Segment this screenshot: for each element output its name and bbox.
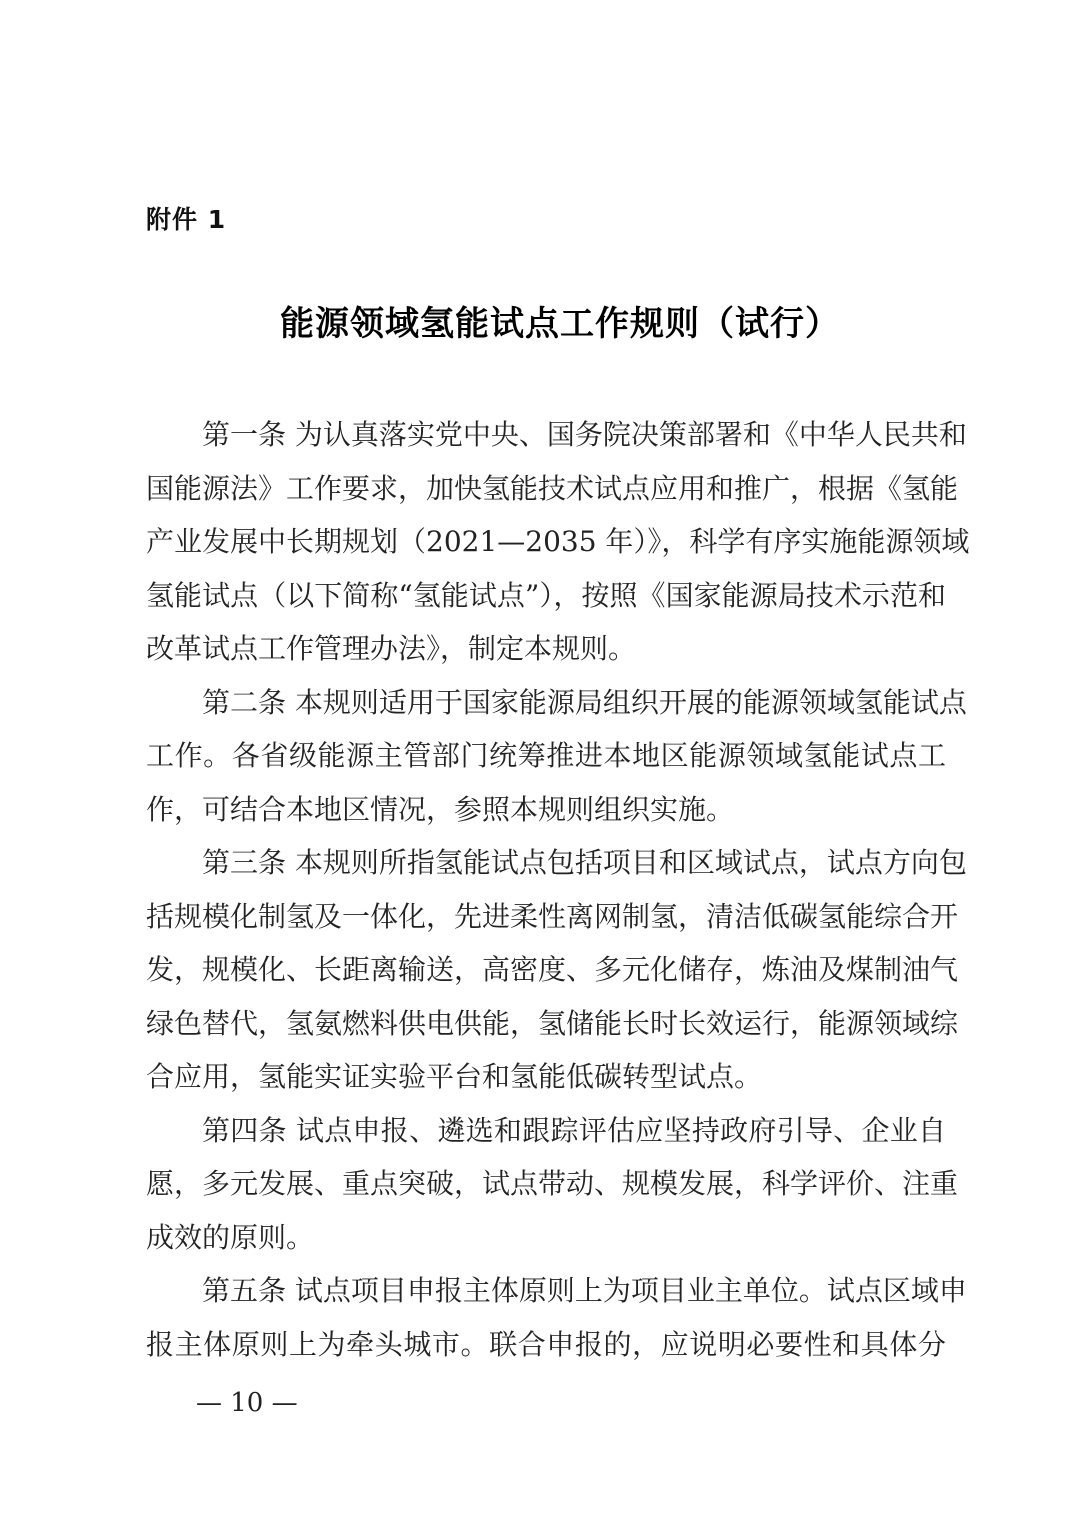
document-title: 能源领域氢能试点工作规则（试行） — [0, 296, 1080, 345]
article-line: 报主体原则上为牵头城市。联合申报的，应说明必要性和具体分 — [146, 1318, 946, 1372]
article-5: 第五条 试点项目申报主体原则上为项目业主单位。试点区域申 报主体原则上为牵头城市… — [146, 1264, 946, 1371]
article-line: 第一条 为认真落实党中央、国务院决策部署和《中华人民共和 — [146, 408, 946, 462]
attachment-label: 附件 1 — [146, 200, 226, 236]
article-line: 作，可结合本地区情况，参照本规则组织实施。 — [146, 783, 946, 837]
article-line: 国能源法》工作要求，加快氢能技术试点应用和推广，根据《氢能 — [146, 462, 946, 516]
article-line: 发，规模化、长距离输送，高密度、多元化储存，炼油及煤制油气 — [146, 943, 946, 997]
article-line: 工作。各省级能源主管部门统筹推进本地区能源领域氢能试点工 — [146, 729, 946, 783]
article-3: 第三条 本规则所指氢能试点包括项目和区域试点，试点方向包 括规模化制氢及一体化，… — [146, 836, 946, 1104]
document-body: 第一条 为认真落实党中央、国务院决策部署和《中华人民共和 国能源法》工作要求，加… — [146, 408, 946, 1371]
article-line: 愿，多元发展、重点突破，试点带动、规模发展，科学评价、注重 — [146, 1157, 946, 1211]
article-line: 第三条 本规则所指氢能试点包括项目和区域试点，试点方向包 — [146, 836, 946, 890]
article-2: 第二条 本规则适用于国家能源局组织开展的能源领域氢能试点 工作。各省级能源主管部… — [146, 676, 946, 837]
article-line: 第二条 本规则适用于国家能源局组织开展的能源领域氢能试点 — [146, 676, 946, 730]
article-1: 第一条 为认真落实党中央、国务院决策部署和《中华人民共和 国能源法》工作要求，加… — [146, 408, 946, 676]
article-line: 产业发展中长期规划（2021—2035 年）》，科学有序实施能源领域 — [146, 515, 946, 569]
article-line: 合应用，氢能实证实验平台和氢能低碳转型试点。 — [146, 1050, 946, 1104]
article-line: 成效的原则。 — [146, 1211, 946, 1265]
article-line: 改革试点工作管理办法》，制定本规则。 — [146, 622, 946, 676]
article-line: 氢能试点（以下简称“氢能试点”），按照《国家能源局技术示范和 — [146, 569, 946, 623]
article-4: 第四条 试点申报、遴选和跟踪评估应坚持政府引导、企业自 愿，多元发展、重点突破，… — [146, 1104, 946, 1265]
document-page: 附件 1 能源领域氢能试点工作规则（试行） 第一条 为认真落实党中央、国务院决策… — [0, 0, 1080, 1528]
page-number: — 10 — — [196, 1388, 298, 1418]
article-line: 第四条 试点申报、遴选和跟踪评估应坚持政府引导、企业自 — [146, 1104, 946, 1158]
article-line: 括规模化制氢及一体化，先进柔性离网制氢，清洁低碳氢能综合开 — [146, 890, 946, 944]
article-line: 绿色替代，氢氨燃料供电供能，氢储能长时长效运行，能源领域综 — [146, 997, 946, 1051]
article-line: 第五条 试点项目申报主体原则上为项目业主单位。试点区域申 — [146, 1264, 946, 1318]
